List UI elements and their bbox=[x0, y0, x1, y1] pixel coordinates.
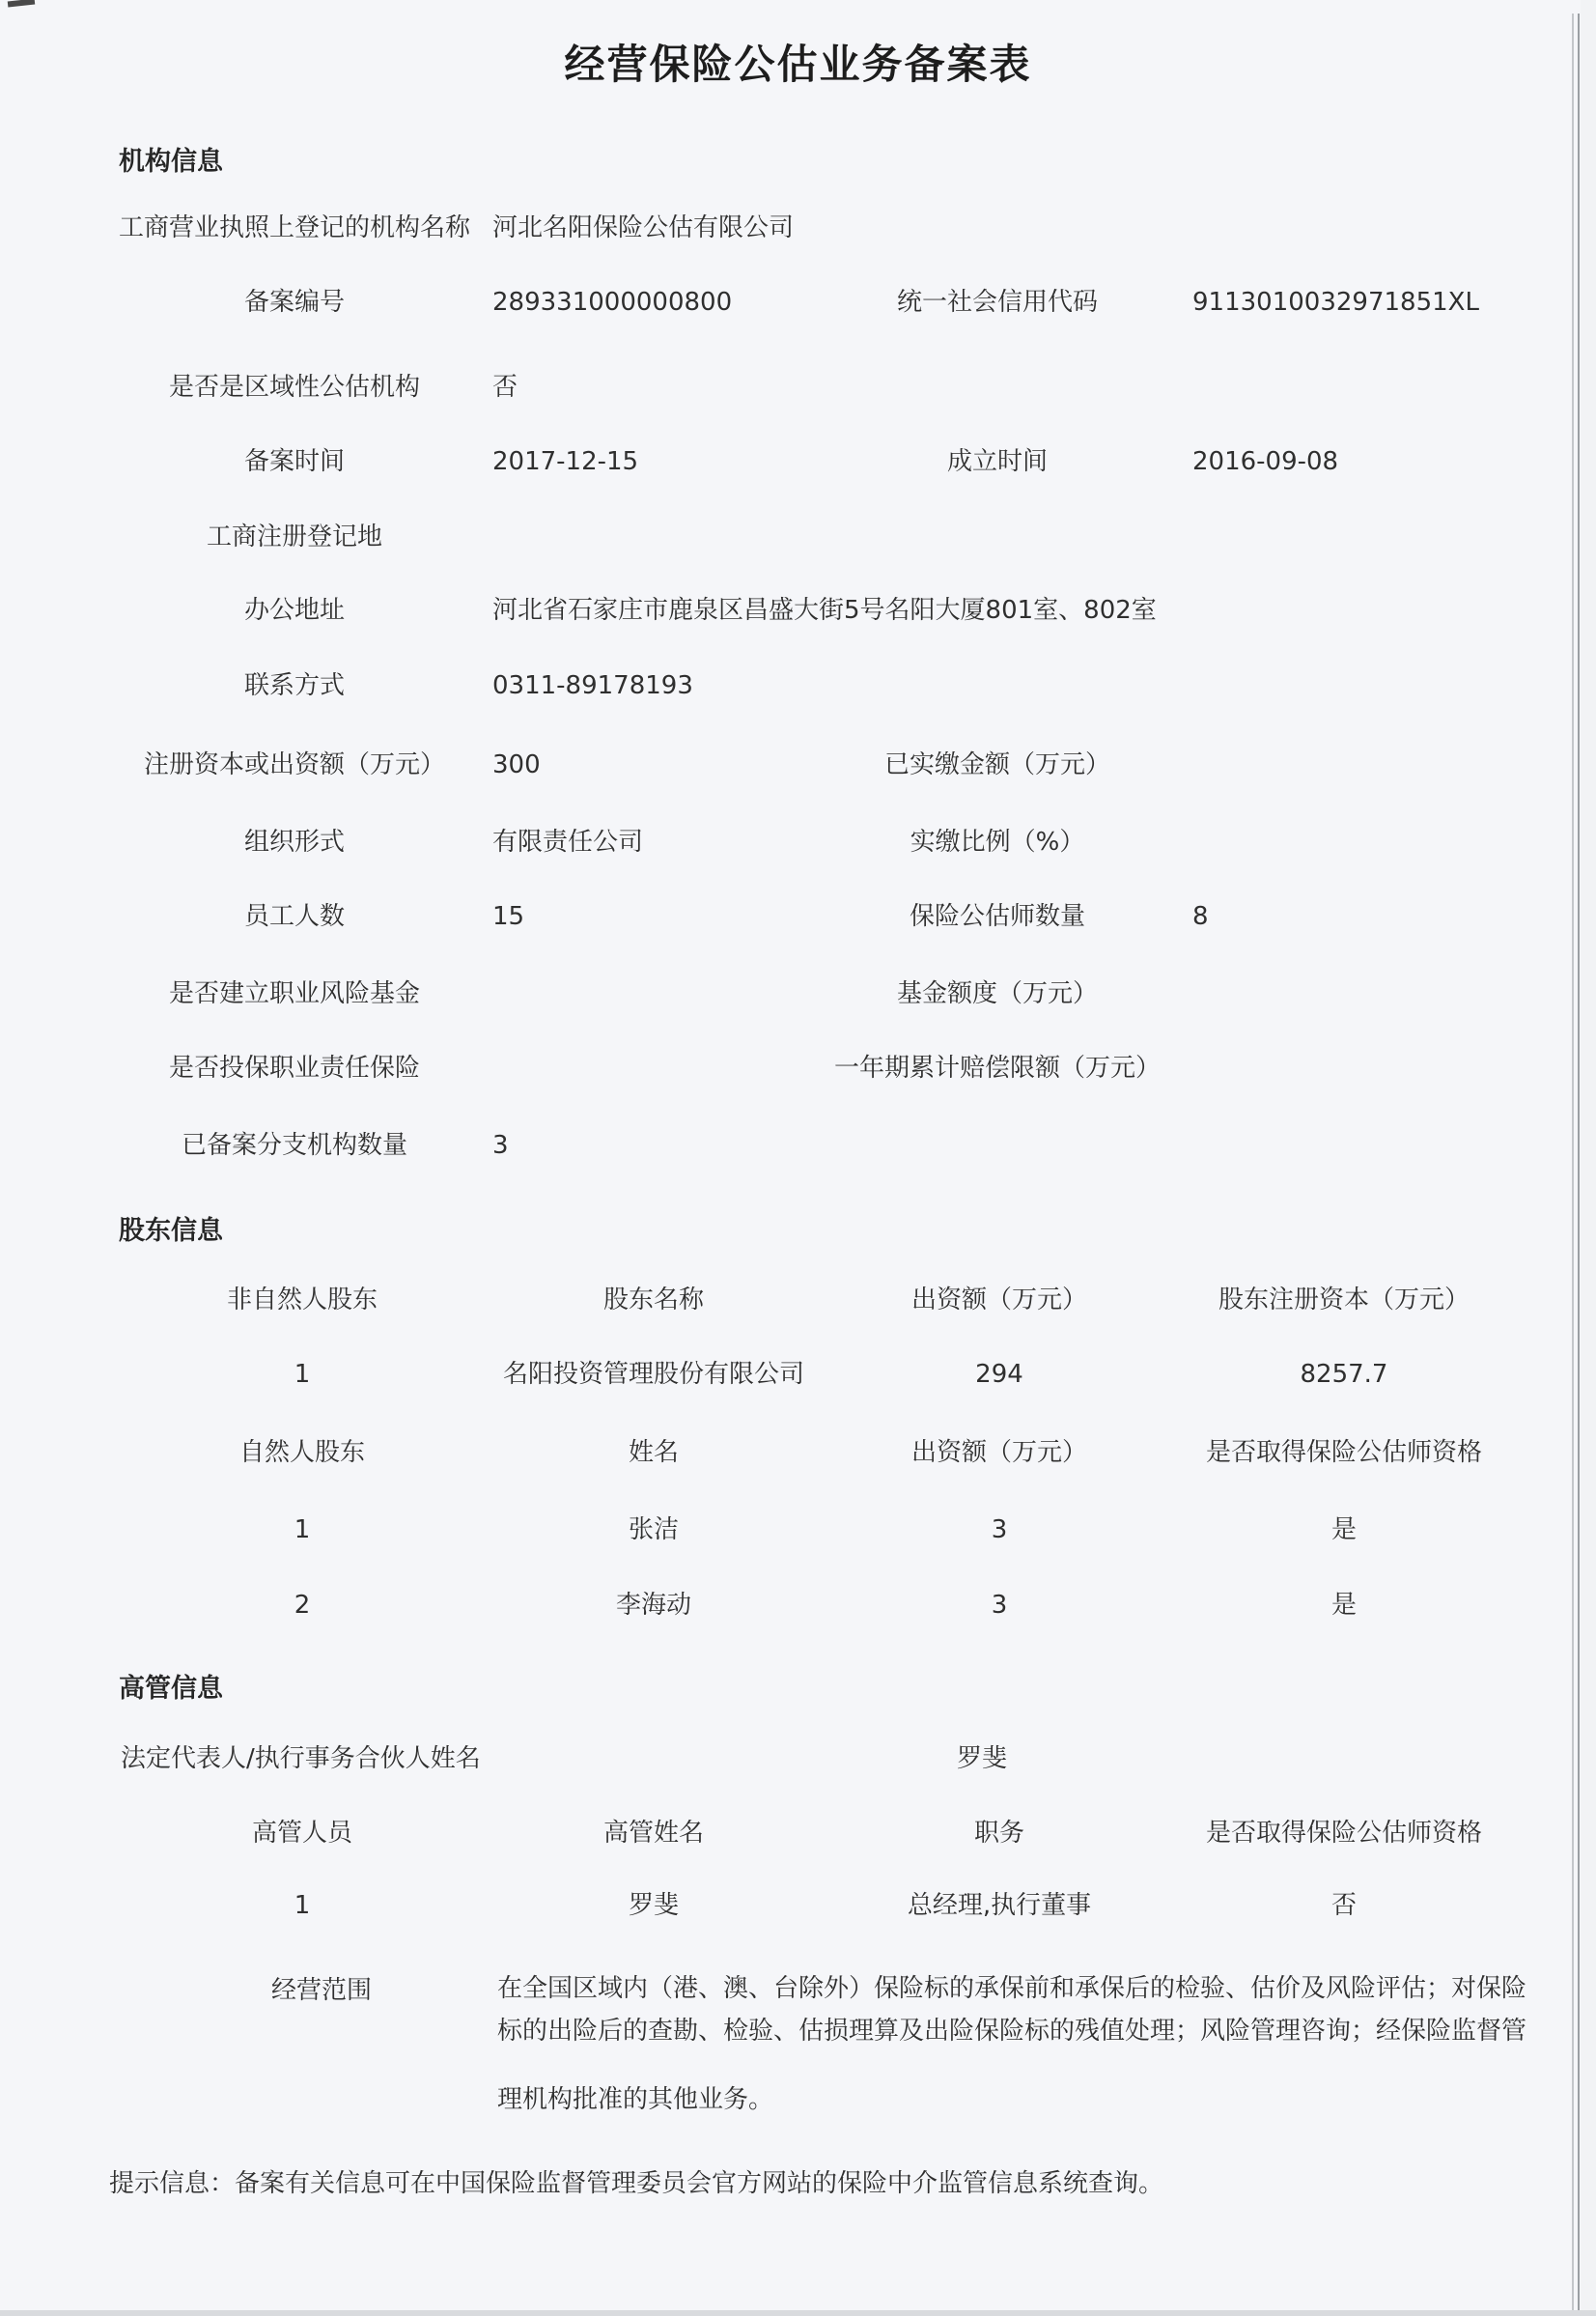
cell-shareholder-name: 名阳投资管理股份有限公司 bbox=[451, 1359, 856, 1390]
field-row-filing-number: 备案编号 289331000000800 统一社会信用代码 9113010032… bbox=[0, 287, 1596, 318]
field-label: 办公地址 bbox=[92, 595, 497, 626]
page-title: 经营保险公估业务备案表 bbox=[0, 33, 1596, 91]
field-value: 罗斐 bbox=[890, 1743, 1074, 1774]
field-label: 保险公估师数量 bbox=[763, 901, 1232, 932]
column-header: 是否取得保险公估师资格 bbox=[1141, 1437, 1547, 1468]
field-label: 工商注册登记地 bbox=[92, 522, 497, 552]
scan-corner-artifact bbox=[8, 0, 35, 7]
field-row-risk-fund: 是否建立职业风险基金 基金额度（万元） bbox=[0, 978, 1596, 1009]
field-row-registered-place: 工商注册登记地 bbox=[0, 522, 1596, 552]
field-value: 9113010032971851XL bbox=[1192, 287, 1479, 318]
cell-name: 张洁 bbox=[451, 1514, 856, 1545]
table-header-executives: 高管人员 高管姓名 职务 是否取得保险公估师资格 bbox=[0, 1818, 1596, 1849]
field-label: 备案时间 bbox=[92, 446, 497, 477]
field-row-legal-representative: 法定代表人/执行事务合伙人姓名 罗斐 bbox=[0, 1743, 1596, 1774]
field-row-registered-capital: 注册资本或出资额（万元） 300 已实缴金额（万元） bbox=[0, 749, 1596, 780]
field-label: 基金额度（万元） bbox=[763, 978, 1232, 1009]
cell-index: 1 bbox=[99, 1359, 505, 1390]
field-row-office-address: 办公地址 河北省石家庄市鹿泉区昌盛大街5号名阳大厦801室、802室 bbox=[0, 595, 1596, 626]
tip-message: 提示信息：备案有关信息可在中国保险监督管理委员会官方网站的保险中介监管信息系统查… bbox=[109, 2163, 1163, 2199]
scan-bottom-edge bbox=[0, 2310, 1596, 2316]
section-header-shareholders: 股东信息 bbox=[119, 1209, 223, 1247]
field-label: 是否投保职业责任保险 bbox=[92, 1053, 497, 1084]
field-value: 15 bbox=[492, 901, 524, 932]
cell-qualified: 是 bbox=[1141, 1590, 1547, 1621]
field-label: 是否是区域性公估机构 bbox=[92, 372, 497, 403]
section-header-executives: 高管信息 bbox=[119, 1667, 223, 1705]
field-row-liability-insurance: 是否投保职业责任保险 一年期累计赔偿限额（万元） bbox=[0, 1053, 1596, 1084]
table-header-natural-shareholders: 自然人股东 姓名 出资额（万元） 是否取得保险公估师资格 bbox=[0, 1437, 1596, 1468]
field-label: 法定代表人/执行事务合伙人姓名 bbox=[121, 1743, 481, 1774]
column-header: 高管人员 bbox=[99, 1818, 505, 1849]
field-value: 河北省石家庄市鹿泉区昌盛大街5号名阳大厦801室、802室 bbox=[492, 595, 1157, 626]
field-label: 组织形式 bbox=[92, 827, 497, 858]
table-header-corporate-shareholders: 非自然人股东 股东名称 出资额（万元） 股东注册资本（万元） bbox=[0, 1285, 1596, 1315]
field-row-contact: 联系方式 0311-89178193 bbox=[0, 670, 1596, 701]
field-label: 统一社会信用代码 bbox=[763, 287, 1232, 318]
table-row-natural-shareholder: 2 李海动 3 是 bbox=[0, 1590, 1596, 1621]
field-label: 工商营业执照上登记的机构名称 bbox=[92, 212, 497, 243]
column-header: 姓名 bbox=[451, 1437, 856, 1468]
field-value: 0311-89178193 bbox=[492, 670, 693, 701]
field-label: 已实缴金额（万元） bbox=[763, 749, 1232, 780]
column-header: 非自然人股东 bbox=[99, 1285, 505, 1315]
field-row-employees: 员工人数 15 保险公估师数量 8 bbox=[0, 901, 1596, 932]
business-scope-text: 标的出险后的查勘、检验、估损理算及出险保险标的残值处理；风险管理咨询；经保险监督… bbox=[497, 2016, 1405, 2047]
business-scope-text: 在全国区域内（港、澳、台除外）保险标的承保前和承保后的检验、估价及风险评估；对保… bbox=[497, 1973, 1405, 2004]
field-label: 已备案分支机构数量 bbox=[92, 1130, 497, 1161]
field-value: 2017-12-15 bbox=[492, 446, 638, 477]
field-row-org-form: 组织形式 有限责任公司 实缴比例（%） bbox=[0, 827, 1596, 858]
field-value: 河北名阳保险公估有限公司 bbox=[492, 212, 794, 243]
column-header: 是否取得保险公估师资格 bbox=[1141, 1818, 1547, 1849]
field-value: 8 bbox=[1192, 901, 1209, 932]
field-label: 是否建立职业风险基金 bbox=[92, 978, 497, 1009]
field-label: 员工人数 bbox=[92, 901, 497, 932]
field-label: 一年期累计赔偿限额（万元） bbox=[763, 1053, 1232, 1084]
field-label: 备案编号 bbox=[92, 287, 497, 318]
field-label: 成立时间 bbox=[763, 446, 1232, 477]
field-label: 联系方式 bbox=[92, 670, 497, 701]
field-value: 2016-09-08 bbox=[1192, 446, 1338, 477]
field-row-filing-date: 备案时间 2017-12-15 成立时间 2016-09-08 bbox=[0, 446, 1596, 477]
scan-right-edge-line bbox=[1572, 14, 1574, 2316]
section-header-org: 机构信息 bbox=[119, 140, 223, 178]
column-header: 股东注册资本（万元） bbox=[1141, 1285, 1547, 1315]
table-row-natural-shareholder: 1 张洁 3 是 bbox=[0, 1514, 1596, 1545]
field-value: 有限责任公司 bbox=[492, 827, 643, 858]
cell-qualified: 是 bbox=[1141, 1514, 1547, 1545]
field-label: 经营范围 bbox=[119, 1975, 524, 2006]
cell-name: 罗斐 bbox=[451, 1890, 856, 1921]
table-row-executive: 1 罗斐 总经理,执行董事 否 bbox=[0, 1890, 1596, 1921]
business-scope-text: 理机构批准的其他业务。 bbox=[497, 2084, 1405, 2115]
field-row-regional: 是否是区域性公估机构 否 bbox=[0, 372, 1596, 403]
scan-right-edge-line bbox=[1578, 14, 1580, 2316]
field-label: 注册资本或出资额（万元） bbox=[92, 749, 497, 780]
field-value: 否 bbox=[492, 372, 518, 403]
table-row-corporate-shareholder: 1 名阳投资管理股份有限公司 294 8257.7 bbox=[0, 1359, 1596, 1390]
column-header: 高管姓名 bbox=[451, 1818, 856, 1849]
field-row-branch-count: 已备案分支机构数量 3 bbox=[0, 1130, 1596, 1161]
cell-index: 2 bbox=[99, 1590, 505, 1621]
cell-index: 1 bbox=[99, 1514, 505, 1545]
field-label: 实缴比例（%） bbox=[763, 827, 1232, 858]
field-value: 289331000000800 bbox=[492, 287, 732, 318]
column-header: 股东名称 bbox=[451, 1285, 856, 1315]
filing-form-page: 经营保险公估业务备案表 机构信息 工商营业执照上登记的机构名称 河北名阳保险公估… bbox=[0, 0, 1596, 2316]
cell-name: 李海动 bbox=[451, 1590, 856, 1621]
field-row-org-name: 工商营业执照上登记的机构名称 河北名阳保险公估有限公司 bbox=[0, 212, 1596, 243]
field-value: 300 bbox=[492, 749, 541, 780]
cell-registered-capital: 8257.7 bbox=[1141, 1359, 1547, 1390]
cell-qualified: 否 bbox=[1141, 1890, 1547, 1921]
cell-index: 1 bbox=[99, 1890, 505, 1921]
column-header: 自然人股东 bbox=[99, 1437, 505, 1468]
field-value: 3 bbox=[492, 1130, 509, 1161]
